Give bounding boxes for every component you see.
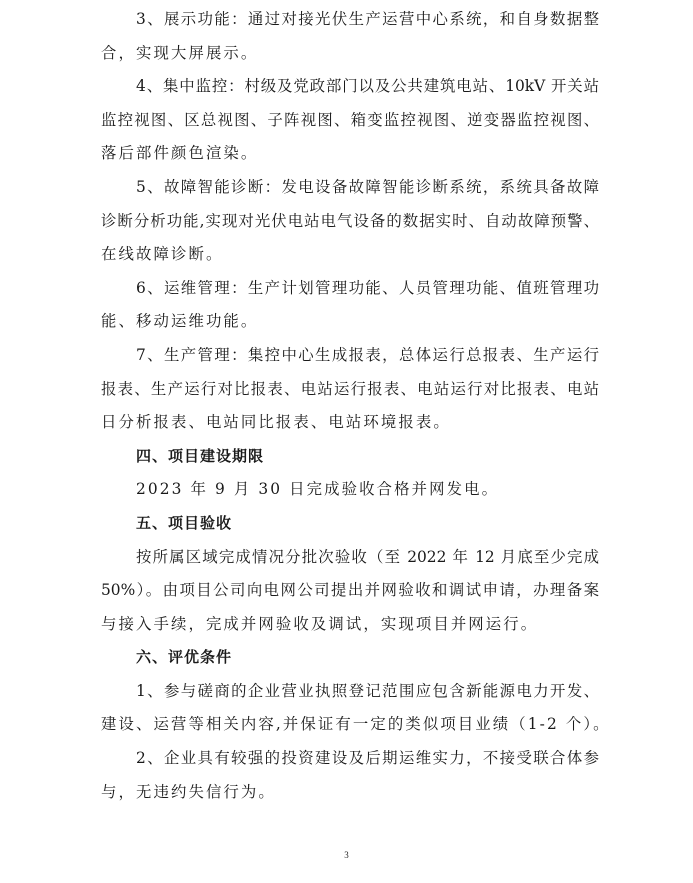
heading-text: 六、评优条件 [101, 641, 599, 675]
paragraph-line: 50%）。由项目公司向电网公司提出并网验收和调试申请，办理备案 [101, 574, 599, 608]
paragraph: 2023 年 9 月 30 日完成验收合格并网发电。 [101, 473, 599, 507]
document-page: 3、展示功能：通过对接光伏生产运营中心系统，和自身数据整合，实现大屏展示。4、集… [101, 3, 599, 809]
paragraph-line: 落后部件颜色渲染。 [101, 137, 599, 171]
page-number: 3 [0, 850, 693, 860]
paragraph: 4、集中监控：村级及党政部门以及公共建筑电站、10kV 开关站监控视图、区总视图… [101, 70, 599, 171]
paragraph-line: 按所属区域完成情况分批次验收（至 2022 年 12 月底至少完成 [101, 541, 599, 575]
paragraph: 2、企业具有较强的投资建设及后期运维实力，不接受联合体参与，无违约失信行为。 [101, 742, 599, 809]
paragraph-line: 日分析报表、电站同比报表、电站环境报表。 [101, 406, 599, 440]
paragraph-line: 5、故障智能诊断：发电设备故障智能诊断系统，系统具备故障 [101, 171, 599, 205]
paragraph-line: 1、参与磋商的企业营业执照登记范围应包含新能源电力开发、 [101, 675, 599, 709]
section-heading: 四、项目建设期限 [101, 440, 599, 474]
heading-text: 四、项目建设期限 [101, 440, 599, 474]
paragraph-line: 诊断分析功能,实现对光伏电站电气设备的数据实时、自动故障预警、 [101, 205, 599, 239]
paragraph: 按所属区域完成情况分批次验收（至 2022 年 12 月底至少完成50%）。由项… [101, 541, 599, 642]
paragraph-line: 2、企业具有较强的投资建设及后期运维实力，不接受联合体参 [101, 742, 599, 776]
section-heading: 六、评优条件 [101, 641, 599, 675]
paragraph-line: 在线故障诊断。 [101, 238, 599, 272]
paragraph-line: 7、生产管理：集控中心生成报表，总体运行总报表、生产运行 [101, 339, 599, 373]
paragraph-line: 3、展示功能：通过对接光伏生产运营中心系统，和自身数据整 [101, 3, 599, 37]
paragraph-line: 与，无违约失信行为。 [101, 776, 599, 810]
paragraph-line: 能、移动运维功能。 [101, 305, 599, 339]
paragraph: 7、生产管理：集控中心生成报表，总体运行总报表、生产运行报表、生产运行对比报表、… [101, 339, 599, 440]
paragraph-line: 建设、运营等相关内容,并保证有一定的类似项目业绩（1-2 个）。 [101, 708, 599, 742]
paragraph: 5、故障智能诊断：发电设备故障智能诊断系统，系统具备故障诊断分析功能,实现对光伏… [101, 171, 599, 272]
paragraph: 1、参与磋商的企业营业执照登记范围应包含新能源电力开发、建设、运营等相关内容,并… [101, 675, 599, 742]
paragraph-line: 监控视图、区总视图、子阵视图、箱变监控视图、逆变器监控视图、 [101, 104, 599, 138]
paragraph-line: 与接入手续，完成并网验收及调试，实现项目并网运行。 [101, 608, 599, 642]
paragraph-line: 报表、生产运行对比报表、电站运行报表、电站运行对比报表、电站 [101, 373, 599, 407]
paragraph-line: 6、运维管理：生产计划管理功能、人员管理功能、值班管理功 [101, 272, 599, 306]
paragraph-line: 合，实现大屏展示。 [101, 37, 599, 71]
paragraph: 3、展示功能：通过对接光伏生产运营中心系统，和自身数据整合，实现大屏展示。 [101, 3, 599, 70]
section-heading: 五、项目验收 [101, 507, 599, 541]
paragraph-line: 4、集中监控：村级及党政部门以及公共建筑电站、10kV 开关站 [101, 70, 599, 104]
heading-text: 五、项目验收 [101, 507, 599, 541]
paragraph-line: 2023 年 9 月 30 日完成验收合格并网发电。 [101, 473, 599, 507]
paragraph: 6、运维管理：生产计划管理功能、人员管理功能、值班管理功能、移动运维功能。 [101, 272, 599, 339]
